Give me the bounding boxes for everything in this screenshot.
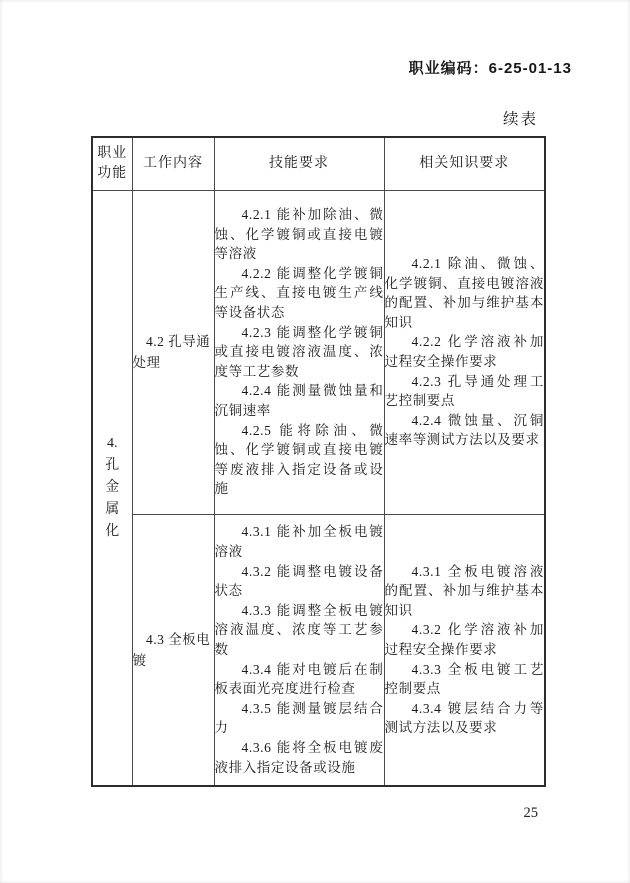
skill-item: 4.2.4 能测量微蚀量和沉铜速率 [215,381,384,420]
skill-item: 4.3.6 能将全板电镀废液排入指定设备或设施 [215,738,384,777]
table-row: 4.3 全板电镀 4.3.1 能补加全板电镀溶液 4.3.2 能调整电镀设备状态… [92,514,545,786]
skill-item: 4.2.5 能将除油、微蚀、化学镀铜或直接电镀等废液排入指定设备或设施 [215,421,384,499]
knowledge-item: 4.2.3 孔导通处理工艺控制要点 [385,372,545,411]
function-char: 属 [93,499,132,521]
work-content-cell: 4.2 孔导通处理 [132,190,214,514]
table-row: 4. 孔 金 属 化 4.2 孔导通处理 4.2.1 能补加除油、微蚀、化学镀铜… [92,190,545,514]
knowledge-item: 4.3.4 镀层结合力等测试方法以及要求 [385,699,545,738]
doc-code-label: 职业编码：6-25-01-13 [409,57,572,78]
occupational-standard-table: 职业功能 工作内容 技能要求 相关知识要求 4. 孔 金 属 化 4.2 孔导通… [91,136,546,787]
skill-item: 4.3.5 能测量镀层结合力 [215,699,384,738]
skill-item: 4.2.2 能调整化学镀铜生产线、直接电镀生产线等设备状态 [215,264,384,323]
knowledge-item: 4.2.4 微蚀量、沉铜速率等测试方法以及要求 [385,411,545,450]
skill-requirements-cell: 4.3.1 能补加全板电镀溶液 4.3.2 能调整电镀设备状态 4.3.3 能调… [214,514,384,786]
function-number: 4. [93,433,132,455]
skill-item: 4.3.2 能调整电镀设备状态 [215,562,384,601]
skill-item: 4.3.3 能调整全板电镀溶液温度、浓度等工艺参数 [215,601,384,660]
function-char: 孔 [93,455,132,477]
work-content-label: 4.3 全板电镀 [133,629,214,671]
page-number: 25 [524,805,539,822]
function-char: 化 [93,521,132,543]
knowledge-item: 4.3.1 全板电镀溶液的配置、补加与维护基本知识 [385,562,545,621]
skill-item: 4.3.1 能补加全板电镀溶液 [215,522,384,561]
knowledge-item: 4.3.2 化学溶液补加过程安全操作要求 [385,620,545,659]
work-content-label: 4.2 孔导通处理 [133,331,214,373]
col-header-function: 职业功能 [92,137,132,190]
knowledge-item: 4.2.1 除油、微蚀、化学镀铜、直接电镀溶液的配置、补加与维护基本知识 [385,254,545,332]
skill-item: 4.2.1 能补加除油、微蚀、化学镀铜或直接电镀等溶液 [215,205,384,264]
skill-item: 4.3.4 能对电镀后在制板表面光亮度进行检查 [215,660,384,699]
knowledge-item: 4.3.3 全板电镀工艺控制要点 [385,660,545,699]
work-content-cell: 4.3 全板电镀 [132,514,214,786]
col-header-skill-requirements: 技能要求 [214,137,384,190]
function-cell: 4. 孔 金 属 化 [92,190,132,786]
col-header-work-content: 工作内容 [132,137,214,190]
knowledge-requirements-cell: 4.2.1 除油、微蚀、化学镀铜、直接电镀溶液的配置、补加与维护基本知识 4.2… [384,190,545,514]
continued-table-label: 续表 [503,107,538,129]
skill-requirements-cell: 4.2.1 能补加除油、微蚀、化学镀铜或直接电镀等溶液 4.2.2 能调整化学镀… [214,190,384,514]
document-page: 职业编码：6-25-01-13 续表 职业功能 工作内容 技能要求 相关知识要求… [0,0,630,883]
skill-item: 4.2.3 能调整化学镀铜或直接电镀溶液温度、浓度等工艺参数 [215,323,384,382]
knowledge-item: 4.2.2 化学溶液补加过程安全操作要求 [385,332,545,371]
knowledge-requirements-cell: 4.3.1 全板电镀溶液的配置、补加与维护基本知识 4.3.2 化学溶液补加过程… [384,514,545,786]
col-header-knowledge-requirements: 相关知识要求 [384,137,545,190]
table-header-row: 职业功能 工作内容 技能要求 相关知识要求 [92,137,545,190]
function-char: 金 [93,477,132,499]
